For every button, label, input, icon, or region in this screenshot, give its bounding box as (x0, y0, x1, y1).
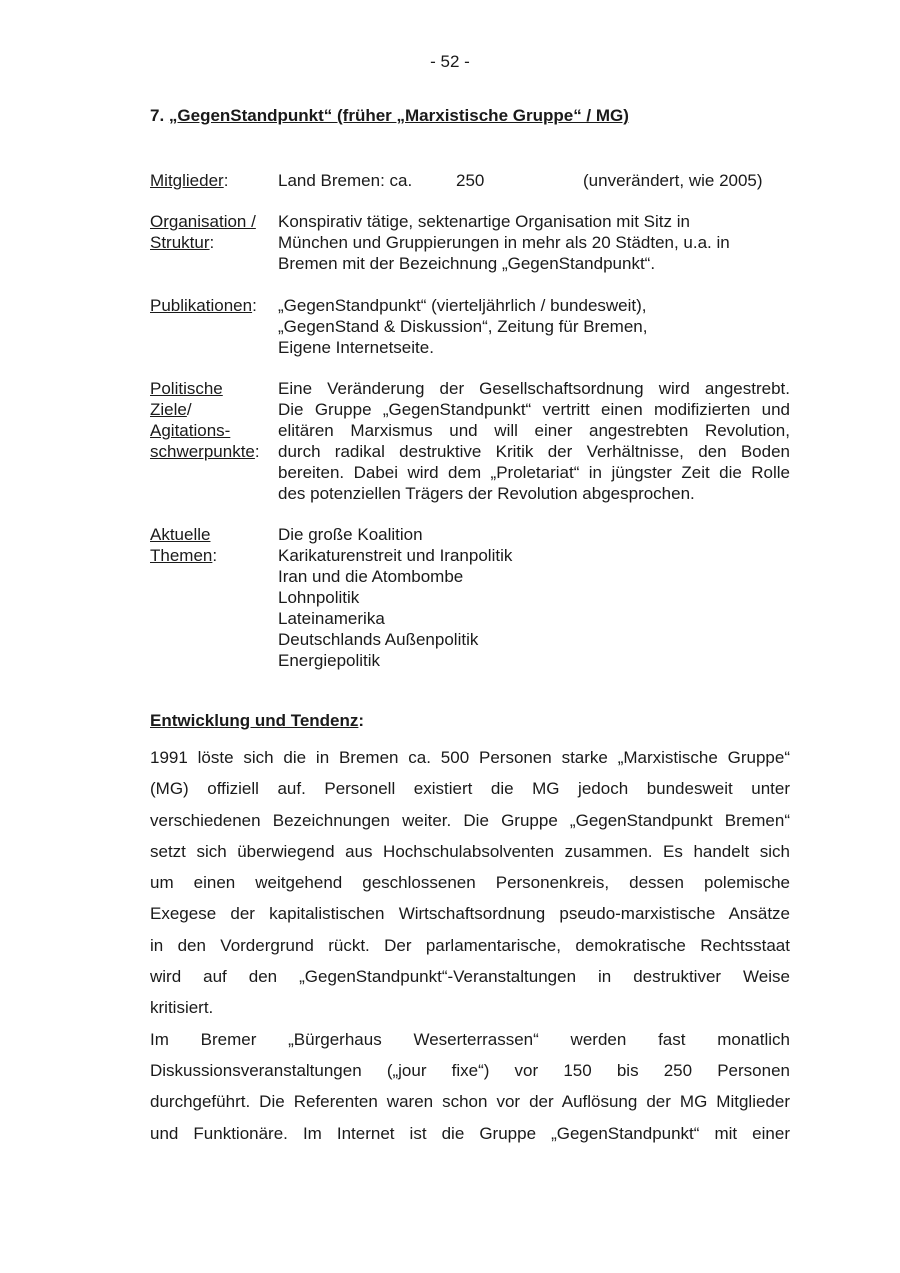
body-line: Im Bremer „Bürgerhaus Weserterrassen“ we… (150, 1024, 790, 1055)
publications-label-text: Publikationen (150, 296, 252, 315)
body-line: wird auf den „GegenStandpunkt“-Veranstal… (150, 961, 790, 992)
body-line: durchgeführt. Die Referenten waren schon… (150, 1086, 790, 1117)
goals-label-suffix: / (187, 400, 192, 419)
goals-label-suffix: : (255, 442, 260, 461)
topic-item: Lohnpolitik (278, 587, 790, 608)
goals-line: elitären Marxismus und will einer angest… (278, 420, 790, 441)
organisation-line: Bremen mit der Bezeichnung „GegenStandpu… (278, 253, 790, 274)
topic-item: Lateinamerika (278, 608, 790, 629)
section-title: 7. „GegenStandpunkt“ (früher „Marxistisc… (150, 106, 629, 126)
members-region: Land Bremen: ca. (278, 171, 412, 190)
body-line: (MG) offiziell auf. Personell existiert … (150, 773, 790, 804)
goals-label-line: schwerpunkte (150, 442, 255, 461)
organisation-row: Organisation / Struktur: Konspirativ tät… (150, 211, 790, 274)
body-line: kritisiert. (150, 992, 790, 1023)
topics-label-line: Aktuelle (150, 524, 278, 545)
publication-item: „GegenStand & Diskussion“, Zeitung für B… (278, 316, 790, 337)
members-label: Mitglieder: (150, 170, 278, 191)
goals-value: Eine Veränderung der Gesellschaftsordnun… (278, 378, 790, 504)
organisation-label-colon: : (210, 233, 215, 252)
topics-label-colon: : (212, 546, 217, 565)
organisation-label-line: Organisation / (150, 211, 278, 232)
development-heading: Entwicklung und Tendenz: (150, 711, 364, 731)
topic-item: Energiepolitik (278, 650, 790, 671)
body-line: verschiedenen Bezeichnungen weiter. Die … (150, 805, 790, 836)
members-value: Land Bremen: ca. 250 (unverändert, wie 2… (278, 170, 790, 191)
body-line: und Funktionäre. Im Internet ist die Gru… (150, 1118, 790, 1149)
goals-line: Die Gruppe „GegenStandpunkt“ vertritt ei… (278, 399, 790, 420)
topic-item: Deutschlands Außenpolitik (278, 629, 790, 650)
topic-item: Karikaturenstreit und Iranpolitik (278, 545, 790, 566)
topic-item: Die große Koalition (278, 524, 790, 545)
section-title-text: „GegenStandpunkt“ (früher „Marxistische … (169, 106, 629, 125)
organisation-label: Organisation / Struktur: (150, 211, 278, 253)
development-heading-colon: : (358, 711, 364, 730)
goals-line: durch radikal destruktive Kritik der Ver… (278, 441, 790, 462)
goals-label-line: Ziele (150, 400, 187, 419)
organisation-label-line: Struktur (150, 233, 210, 252)
members-note: (unverändert, wie 2005) (583, 170, 763, 191)
members-row: Mitglieder: Land Bremen: ca. 250 (unverä… (150, 170, 790, 191)
page-number: - 52 - (0, 52, 900, 72)
goals-label: Politische Ziele/ Agitations- schwerpunk… (150, 378, 278, 462)
section-number: 7. (150, 106, 169, 125)
topics-label: Aktuelle Themen: (150, 524, 278, 566)
organisation-line: München und Gruppierungen in mehr als 20… (278, 232, 790, 253)
publications-row: Publikationen: „GegenStandpunkt“ (vierte… (150, 295, 790, 358)
goals-line: des potenziellen Trägers der Revolution … (278, 483, 790, 504)
development-heading-text: Entwicklung und Tendenz (150, 711, 358, 730)
members-label-text: Mitglieder (150, 171, 224, 190)
goals-row: Politische Ziele/ Agitations- schwerpunk… (150, 378, 790, 504)
goals-line: Eine Veränderung der Gesellschaftsordnun… (278, 378, 790, 399)
topic-item: Iran und die Atombombe (278, 566, 790, 587)
publications-label: Publikationen: (150, 295, 278, 316)
members-label-colon: : (224, 171, 229, 190)
body-line: in den Vordergrund rückt. Der parlamenta… (150, 930, 790, 961)
publication-item: Eigene Internetseite. (278, 337, 790, 358)
body-line: Exegese der kapitalistischen Wirtschafts… (150, 898, 790, 929)
body-line: setzt sich überwiegend aus Hochschulabso… (150, 836, 790, 867)
topics-list: Die große Koalition Karikaturenstreit un… (278, 524, 790, 671)
topics-row: Aktuelle Themen: Die große Koalition Kar… (150, 524, 790, 674)
body-line: 1991 löste sich die in Bremen ca. 500 Pe… (150, 742, 790, 773)
members-count: 250 (456, 170, 484, 191)
organisation-value: Konspirativ tätige, sektenartige Organis… (278, 211, 790, 274)
development-body: 1991 löste sich die in Bremen ca. 500 Pe… (150, 742, 790, 1149)
organisation-line: Konspirativ tätige, sektenartige Organis… (278, 211, 790, 232)
publications-value: „GegenStandpunkt“ (vierteljährlich / bun… (278, 295, 790, 358)
body-line: Diskussionsveranstaltungen („jour fixe“)… (150, 1055, 790, 1086)
goals-line: bereiten. Dabei wird dem „Proletariat“ i… (278, 462, 790, 483)
body-line: um einen weitgehend geschlossenen Person… (150, 867, 790, 898)
publication-item: „GegenStandpunkt“ (vierteljährlich / bun… (278, 295, 790, 316)
goals-label-line: Agitations- (150, 421, 230, 440)
publications-label-colon: : (252, 296, 257, 315)
goals-label-line: Politische (150, 379, 223, 398)
topics-label-line: Themen (150, 546, 212, 565)
